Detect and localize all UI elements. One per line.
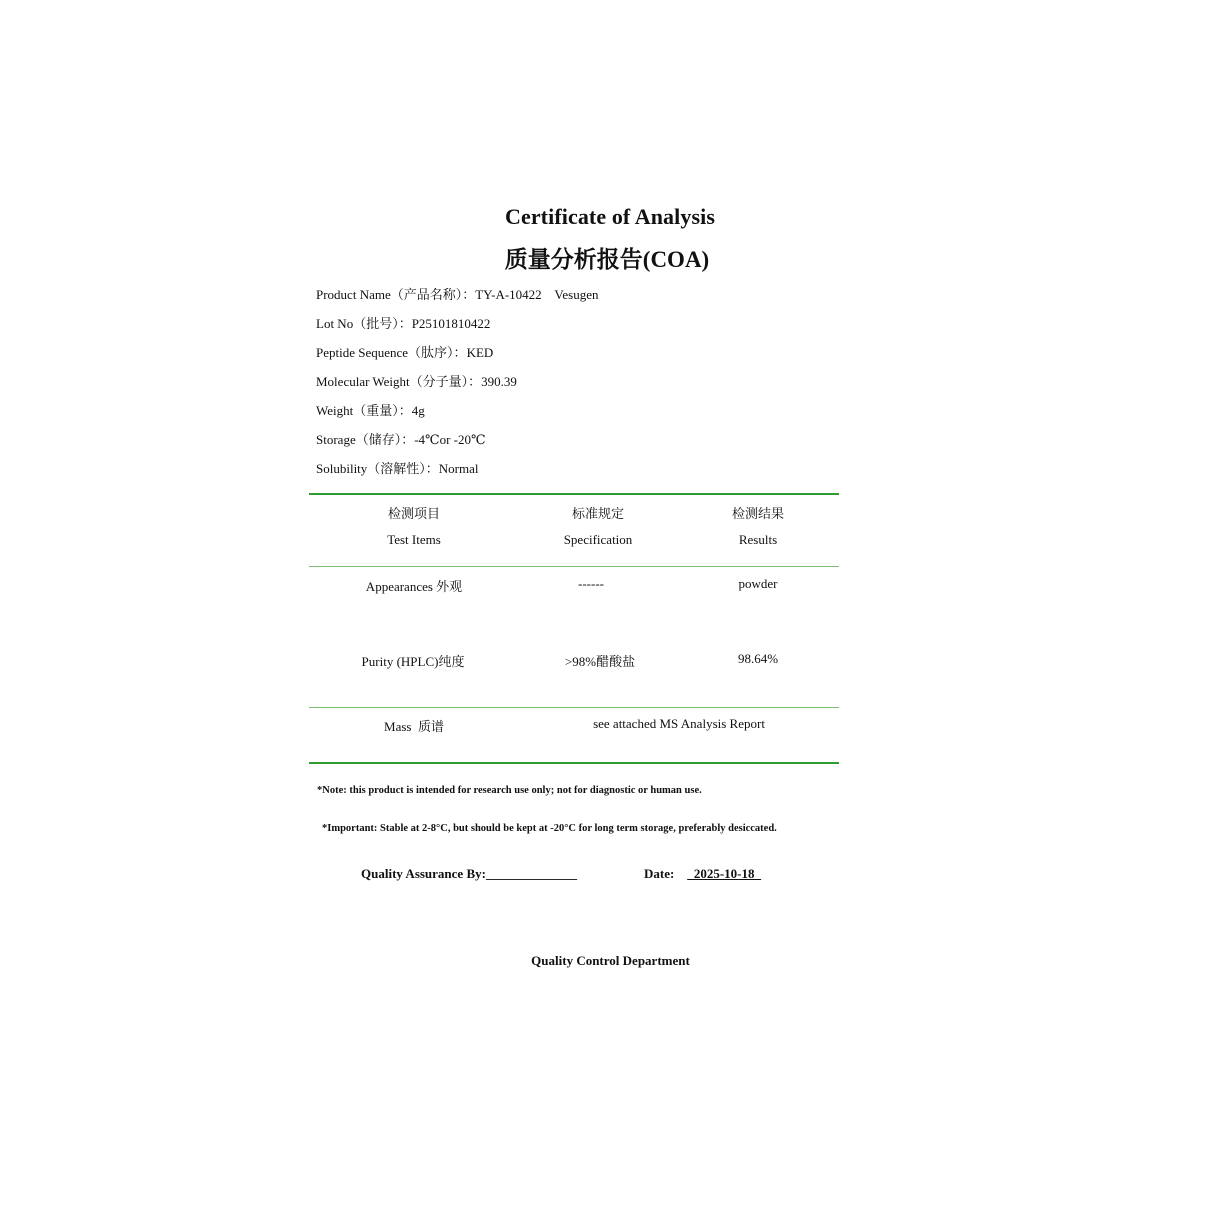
qa-signature: Quality Assurance By:______________ [361, 866, 577, 882]
info-weight: Weight（重量）：4g [316, 400, 425, 419]
info-label: Solubility（溶解性）： [316, 461, 439, 476]
info-value: 4g [412, 403, 425, 418]
header-test-items-en: Test Items [387, 532, 441, 548]
info-label: Storage（储存）： [316, 432, 414, 447]
info-value: KED [467, 345, 494, 360]
row-item: Mass 质谱 [384, 716, 444, 735]
department-footer: Quality Control Department [0, 953, 1215, 969]
table-header-rule [309, 566, 839, 567]
info-product-name: Product Name（产品名称）：TY-A-10422 Vesugen [316, 284, 598, 303]
header-results-cn: 检测结果 [732, 503, 784, 522]
info-peptide-sequence: Peptide Sequence（肽序）：KED [316, 342, 493, 361]
info-value: Normal [439, 461, 479, 476]
date-label: Date: [644, 866, 674, 881]
header-specification-cn: 标准规定 [572, 503, 624, 522]
document-title-cn: 质量分析报告(COA) [0, 241, 1214, 274]
info-label: Molecular Weight（分子量）： [316, 374, 481, 389]
date-field: Date: _2025-10-18_ [644, 866, 761, 882]
qa-signature-blank: ______________ [486, 866, 577, 881]
info-molecular-weight: Molecular Weight（分子量）：390.39 [316, 371, 517, 390]
table-row-rule [309, 707, 839, 708]
info-value: P25101810422 [412, 316, 491, 331]
info-label: Peptide Sequence（肽序）： [316, 345, 467, 360]
row-result: powder [739, 576, 778, 592]
header-results-en: Results [739, 532, 777, 548]
row-item: Purity (HPLC)纯度 [362, 651, 465, 670]
info-value: TY-A-10422 Vesugen [475, 287, 598, 302]
info-label: Weight（重量）： [316, 403, 412, 418]
row-specification: ------ [578, 576, 604, 592]
header-specification-en: Specification [564, 532, 633, 548]
storage-important-note: *Important: Stable at 2-8°C, but should … [322, 823, 777, 834]
info-solubility: Solubility（溶解性）：Normal [316, 458, 479, 477]
row-result: 98.64% [738, 651, 778, 667]
header-test-items-cn: 检测项目 [388, 503, 440, 522]
table-top-rule [309, 493, 839, 495]
document-title-en: Certificate of Analysis [0, 204, 1215, 230]
info-storage: Storage（储存）：-4℃or -20℃ [316, 429, 486, 448]
row-specification: >98%醋酸盐 [565, 651, 635, 670]
table-bottom-rule [309, 762, 839, 764]
info-lot-no: Lot No（批号）：P25101810422 [316, 313, 490, 332]
row-item: Appearances 外观 [366, 576, 462, 595]
coa-document: Certificate of Analysis 质量分析报告(COA) Prod… [0, 0, 1215, 1215]
research-use-note: *Note: this product is intended for rese… [317, 785, 702, 796]
row-specification: see attached MS Analysis Report [593, 716, 765, 732]
date-value: _2025-10-18_ [687, 866, 761, 881]
info-label: Lot No（批号）： [316, 316, 412, 331]
qa-label: Quality Assurance By: [361, 866, 486, 881]
info-value: 390.39 [481, 374, 517, 389]
info-label: Product Name（产品名称）： [316, 287, 475, 302]
info-value: -4℃or -20℃ [414, 432, 485, 447]
